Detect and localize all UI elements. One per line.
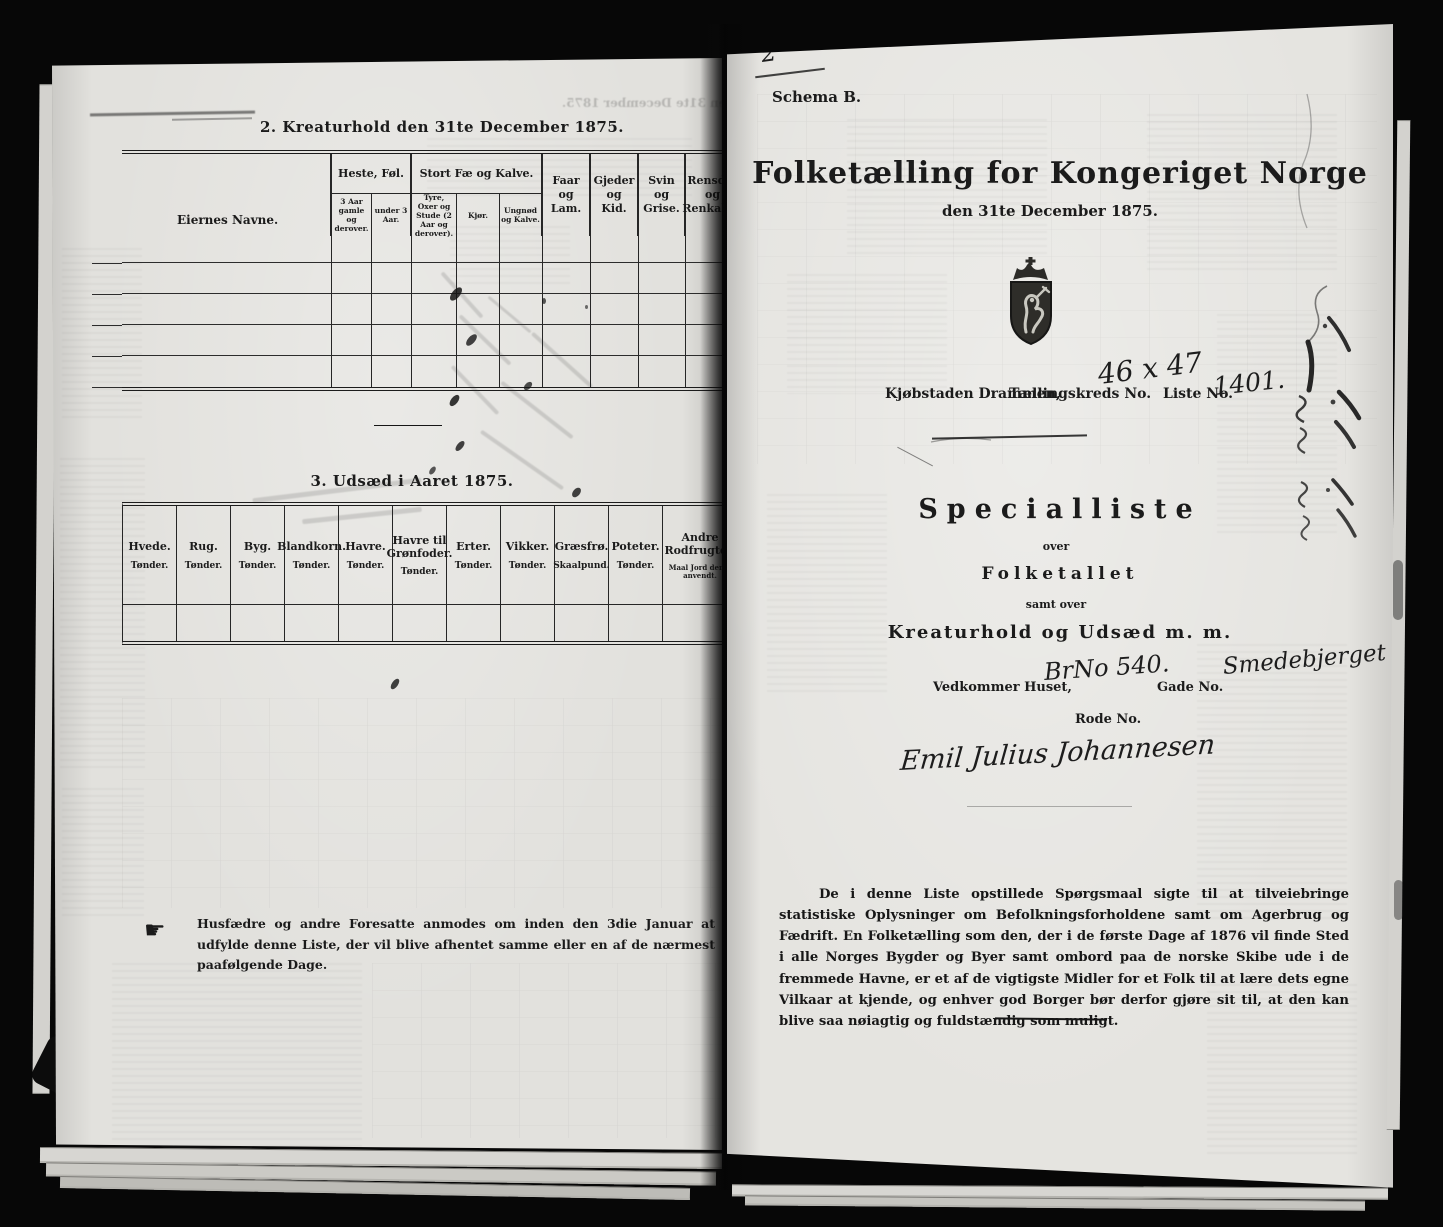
- ink-blot: [454, 439, 466, 452]
- empty-cell: [122, 325, 332, 356]
- empty-cell: [177, 605, 231, 641]
- column-unit: Tønder.: [131, 561, 169, 571]
- column-unit: Tønder.: [293, 561, 331, 571]
- header-cell: Rug.Tønder.: [177, 506, 231, 606]
- row-line: [92, 387, 122, 388]
- empty-cell: [372, 325, 412, 356]
- samt-over-label: samt over: [723, 598, 1389, 611]
- header-cell: Poteter.Tønder.: [609, 506, 663, 606]
- header-cell: Havre til Grønfoder.Tønder.: [393, 506, 447, 606]
- list-value-handwritten: 1401.: [1212, 365, 1286, 401]
- empty-cell: [500, 232, 543, 263]
- empty-cell: [447, 605, 501, 641]
- empty-cell: [500, 356, 543, 387]
- house-value-handwritten: BrNo 540.: [1043, 649, 1170, 686]
- header-cell: Vikker.Tønder.: [501, 506, 555, 606]
- ink-smudge: [90, 111, 255, 117]
- empty-cell: [457, 232, 500, 263]
- empty-cell: [372, 294, 412, 325]
- column-name: Poteter.: [611, 541, 659, 554]
- street-value-handwritten: Smedebjerget .: [1222, 639, 1402, 680]
- folketallet-label: Folketallet: [727, 564, 1393, 584]
- sum-dash: [374, 425, 442, 426]
- column-name: Vikker.: [506, 541, 549, 554]
- empty-cell: [457, 356, 500, 387]
- kreaturhold-table-body: [122, 232, 740, 391]
- table1-title: 2. Kreaturhold den 31te December 1875.: [232, 118, 652, 136]
- empty-cell: [122, 263, 332, 294]
- empty-cell: [500, 294, 543, 325]
- edge-blotch: [1393, 560, 1403, 620]
- header-cell: Havre.Tønder.: [339, 506, 393, 606]
- header-cell-svin: Svin og Grise.: [639, 154, 686, 236]
- empty-cell: [591, 356, 639, 387]
- empty-cell: [332, 232, 372, 263]
- ink-blot: [448, 393, 462, 408]
- empty-cell: [332, 294, 372, 325]
- column-name: Erter.: [456, 541, 491, 554]
- empty-cell: [639, 232, 686, 263]
- empty-cell: [500, 263, 543, 294]
- empty-cell: [639, 356, 686, 387]
- street-label: Gade No.: [1157, 680, 1223, 695]
- column-unit: Tønder.: [239, 561, 277, 571]
- row-line: [92, 356, 122, 357]
- header-cell: Byg.Tønder.: [231, 506, 285, 606]
- header-cell: Græsfrø.Skaalpund.: [555, 506, 609, 606]
- empty-cell: [591, 294, 639, 325]
- left-page: den 31te December 1875. 2. Kreaturhold d…: [52, 58, 722, 1150]
- column-unit: Tønder.: [509, 561, 547, 571]
- bleed-through-text-block: [112, 963, 362, 1148]
- column-name: Havre til Grønfoder.: [387, 535, 453, 560]
- empty-cell: [639, 325, 686, 356]
- bleed-through-grid: [122, 698, 736, 908]
- empty-cell: [393, 605, 447, 641]
- empty-cell: [285, 605, 339, 641]
- header-cell: Erter.Tønder.: [447, 506, 501, 606]
- district-value-handwritten: 46 x 47: [1096, 345, 1204, 391]
- empty-cell: [555, 605, 609, 641]
- row-line: [92, 325, 122, 326]
- header-cell: Blandkorn.Tønder.: [285, 506, 339, 606]
- kreaturhold-table-header: Eiernes Navne. Heste, Føl. 3 Aar gamle o…: [122, 150, 740, 236]
- empty-cell: [543, 263, 591, 294]
- empty-cell: [412, 232, 457, 263]
- subheader-cell: Kjør.: [457, 194, 500, 236]
- empty-cell: [609, 605, 663, 641]
- empty-cell: [639, 263, 686, 294]
- empty-cell: [122, 232, 332, 263]
- column-unit: Tønder.: [185, 561, 223, 571]
- empty-cell: [543, 294, 591, 325]
- subheader-cell: Tyre, Oxer og Stude (2 Aar og derover).: [412, 194, 457, 236]
- column-unit: Tønder.: [617, 561, 655, 571]
- row-line: [92, 294, 122, 295]
- empty-cell: [543, 356, 591, 387]
- right-page: 2 Schema B. Folketælling for Kongeriget …: [727, 24, 1393, 1190]
- empty-cell: [372, 356, 412, 387]
- empty-cell: [457, 263, 500, 294]
- table2-title: 3. Udsæd i Aaret 1875.: [212, 472, 612, 490]
- empty-cell: [591, 232, 639, 263]
- bleed-through-grid: [372, 963, 732, 1138]
- kreaturhold-udsaed-label: Kreaturhold og Udsæd m. m.: [727, 622, 1393, 643]
- udsaed-table-body: [122, 604, 737, 645]
- ink-blot: [389, 677, 401, 690]
- empty-cell: [122, 294, 332, 325]
- empty-cell: [339, 605, 393, 641]
- subtitle: den 31te December 1875.: [717, 202, 1383, 220]
- subheader-cell: under 3 Aar.: [372, 194, 412, 236]
- bleed-through-text-block: [62, 788, 144, 918]
- main-title: Folketælling for Kongeriget Norge: [727, 156, 1393, 191]
- notice-paragraph: De i denne Liste opstillede Spørgsmaal s…: [779, 884, 1349, 1032]
- pointing-hand-icon: ☛: [144, 916, 166, 944]
- bleed-through-grid: [757, 94, 1377, 464]
- empty-cell: [543, 325, 591, 356]
- norwegian-lion-crest: [999, 256, 1063, 356]
- column-name: Byg.: [244, 541, 271, 554]
- empty-cell: [591, 325, 639, 356]
- header-cell-gjeder: Gjeder og Kid.: [591, 154, 639, 236]
- header-cell-faar: Faar og Lam.: [543, 154, 591, 236]
- handwritten-flourish: [932, 434, 1087, 439]
- empty-cell: [543, 232, 591, 263]
- empty-cell: [639, 294, 686, 325]
- schema-label: Schema B.: [772, 88, 861, 106]
- specialliste-heading: Specialliste: [727, 494, 1393, 525]
- header-cell: Hvede.Tønder.: [123, 506, 177, 606]
- empty-cell: [457, 325, 500, 356]
- over-label: over: [723, 540, 1389, 553]
- empty-cell: [412, 356, 457, 387]
- bleed-through-text-block: [1147, 114, 1337, 274]
- district-label: Tællingskreds No.: [1009, 386, 1151, 402]
- row-line: [92, 263, 122, 264]
- udsaed-table-header: Hvede.Tønder. Rug.Tønder. Byg.Tønder. Bl…: [122, 502, 737, 606]
- empty-cell: [332, 356, 372, 387]
- column-unit: Skaalpund.: [553, 561, 610, 571]
- column-unit: Tønder.: [347, 561, 385, 571]
- empty-cell: [123, 605, 177, 641]
- empty-cell: [332, 325, 372, 356]
- header-cell-owner: Eiernes Navne.: [122, 154, 332, 236]
- empty-cell: [372, 232, 412, 263]
- empty-cell: [500, 325, 543, 356]
- empty-cell: [332, 263, 372, 294]
- empty-cell: [412, 263, 457, 294]
- header-group-stort-fae: Stort Fæ og Kalve.: [412, 154, 543, 194]
- header-group-heste: Heste, Føl.: [332, 154, 412, 194]
- handwritten-underline: [755, 68, 825, 78]
- footnote-text: Husfædre og andre Foresatte anmodes om i…: [197, 914, 715, 976]
- column-name: Blandkorn.: [277, 541, 346, 554]
- rode-label: Rode No.: [1075, 712, 1141, 727]
- subheader-cell: 3 Aar gamle og derover.: [332, 194, 372, 236]
- handwritten-flourish: [897, 447, 933, 467]
- empty-cell: [591, 263, 639, 294]
- column-unit: Tønder.: [401, 567, 439, 577]
- empty-cell: [372, 263, 412, 294]
- handwritten-page-number: 2: [759, 38, 778, 68]
- column-name: Hvede.: [128, 541, 170, 554]
- empty-cell: [231, 605, 285, 641]
- edge-blotch: [1394, 880, 1403, 920]
- empty-cell: [122, 356, 332, 387]
- signature-handwritten: Emil Julius Johannesen: [899, 729, 1216, 777]
- column-name: Græsfrø.: [555, 541, 609, 554]
- empty-cell: [412, 294, 457, 325]
- subheader-cell: Ungnød og Kalve.: [500, 194, 543, 236]
- column-unit: Tønder.: [455, 561, 493, 571]
- column-name: Rug.: [189, 541, 218, 554]
- empty-cell: [412, 325, 457, 356]
- column-name: Havre.: [345, 541, 386, 554]
- bleed-through-text-block: [787, 274, 947, 394]
- empty-cell: [457, 294, 500, 325]
- signature-underline: [967, 806, 1132, 807]
- empty-cell: [501, 605, 555, 641]
